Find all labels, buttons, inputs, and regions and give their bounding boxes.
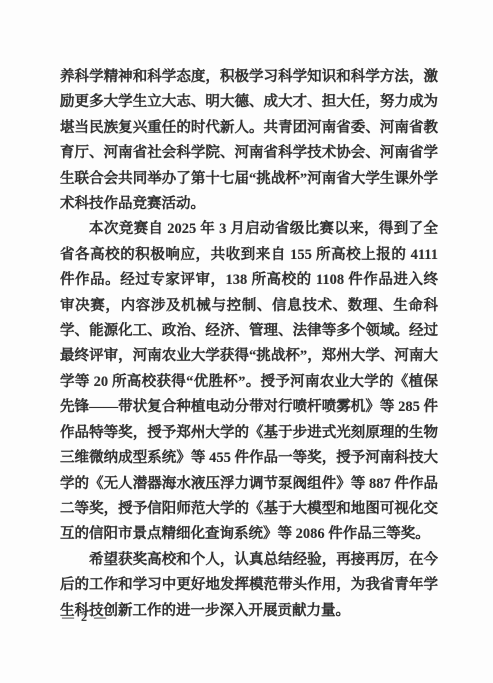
- body-text: 养科学精神和科学态度，积极学习科学知识和科学方法，激励更多大学生立大志、明大德、…: [60, 65, 438, 624]
- page-number: — 2 —: [62, 610, 108, 625]
- paragraph-closing-hope: 希望获奖高校和个人，认真总结经验，再接再厉，在今后的工作和学习中更好地发挥模范带…: [60, 548, 438, 624]
- document-page: 养科学精神和科学态度，积极学习科学知识和科学方法，激励更多大学生立大志、明大德、…: [0, 0, 493, 683]
- paragraph-competition-results: 本次竞赛自 2025 年 3 月启动省级比赛以来，得到了全省各高校的积极响应，共…: [60, 217, 438, 547]
- paragraph-continuation: 养科学精神和科学态度，积极学习科学知识和科学方法，激励更多大学生立大志、明大德、…: [60, 65, 438, 217]
